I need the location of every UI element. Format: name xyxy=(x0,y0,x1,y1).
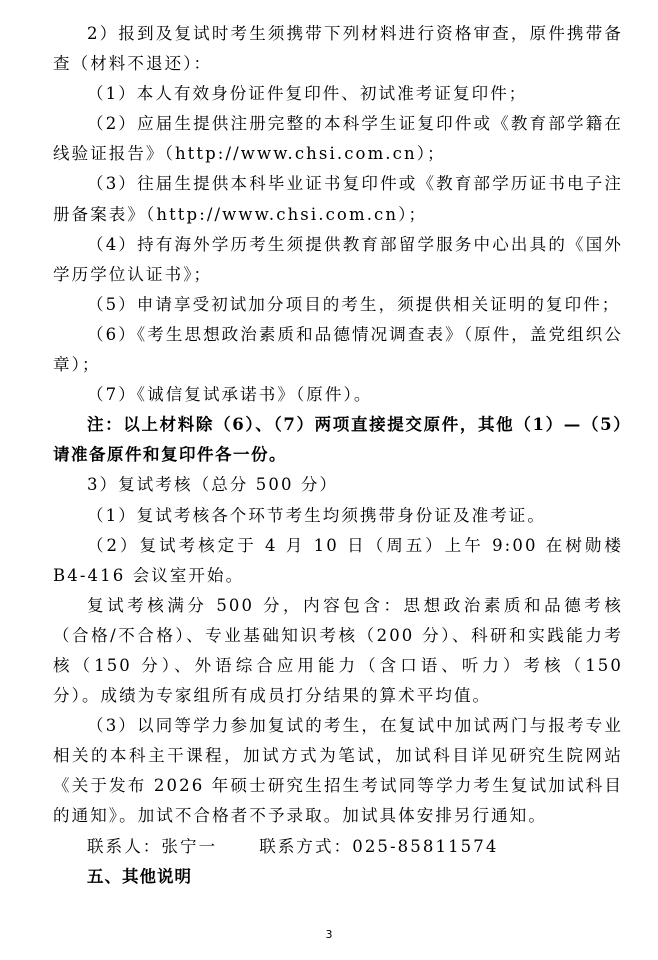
list-item-graduation-cert: （3）往届生提供本科毕业证书复印件或《教育部学历证书电子注册备案表》（http:… xyxy=(53,169,623,229)
list-item-overseas-degree: （4）持有海外学历考生须提供教育部留学服务中心出具的《国外学历学位认证书》； xyxy=(53,230,623,290)
contact-line: 联系人：张宁一联系方式：025-85811574 xyxy=(53,832,623,862)
exam-item-id-required: （1）复试考核各个环节考生均须携带身份证及准考证。 xyxy=(53,501,623,531)
contact-person-label: 联系人： xyxy=(87,837,161,856)
list-item-bonus-proof: （5）申请享受初试加分项目的考生，须提供相关证明的复印件； xyxy=(53,290,623,320)
section-heading: 五、其他说明 xyxy=(53,862,623,892)
paragraph-exam-title: 3）复试考核（总分 500 分） xyxy=(53,470,623,500)
contact-person: 张宁一 xyxy=(161,837,217,856)
contact-phone-label: 联系方式： xyxy=(259,837,352,856)
list-item-political-form: （6）《考生思想政治素质和品德情况调查表》（原件，盖党组织公章）； xyxy=(53,320,623,380)
list-item-integrity-pledge: （7）《诚信复试承诺书》（原件）。 xyxy=(53,380,623,410)
contact-phone: 025-85811574 xyxy=(352,837,498,856)
list-item-student-card: （2）应届生提供注册完整的本科学生证复印件或《教育部学籍在线验证报告》（http… xyxy=(53,109,623,169)
list-item-id-copy: （1）本人有效身份证件复印件、初试准考证复印件； xyxy=(53,79,623,109)
exam-item-equivalent: （3）以同等学力参加复试的考生，在复试中加试两门与报考专业相关的本科主干课程，加… xyxy=(53,711,623,831)
document-page: 2）报到及复试时考生须携带下列材料进行资格审查，原件携带备查（材料不退还）： （… xyxy=(53,19,623,892)
exam-item-schedule: （2）复试考核定于 4 月 10 日（周五）上午 9:00 在树勋楼 B4-41… xyxy=(53,531,623,591)
page-number: 3 xyxy=(0,928,658,941)
paragraph-materials-intro: 2）报到及复试时考生须携带下列材料进行资格审查，原件携带备查（材料不退还）： xyxy=(53,19,623,79)
paragraph-exam-score: 复试考核满分 500 分，内容包含：思想政治素质和品德考核（合格/不合格）、专业… xyxy=(53,591,623,711)
note-paragraph: 注：以上材料除（6）、（7）两项直接提交原件，其他（1）—（5）请准备原件和复印… xyxy=(53,410,623,470)
